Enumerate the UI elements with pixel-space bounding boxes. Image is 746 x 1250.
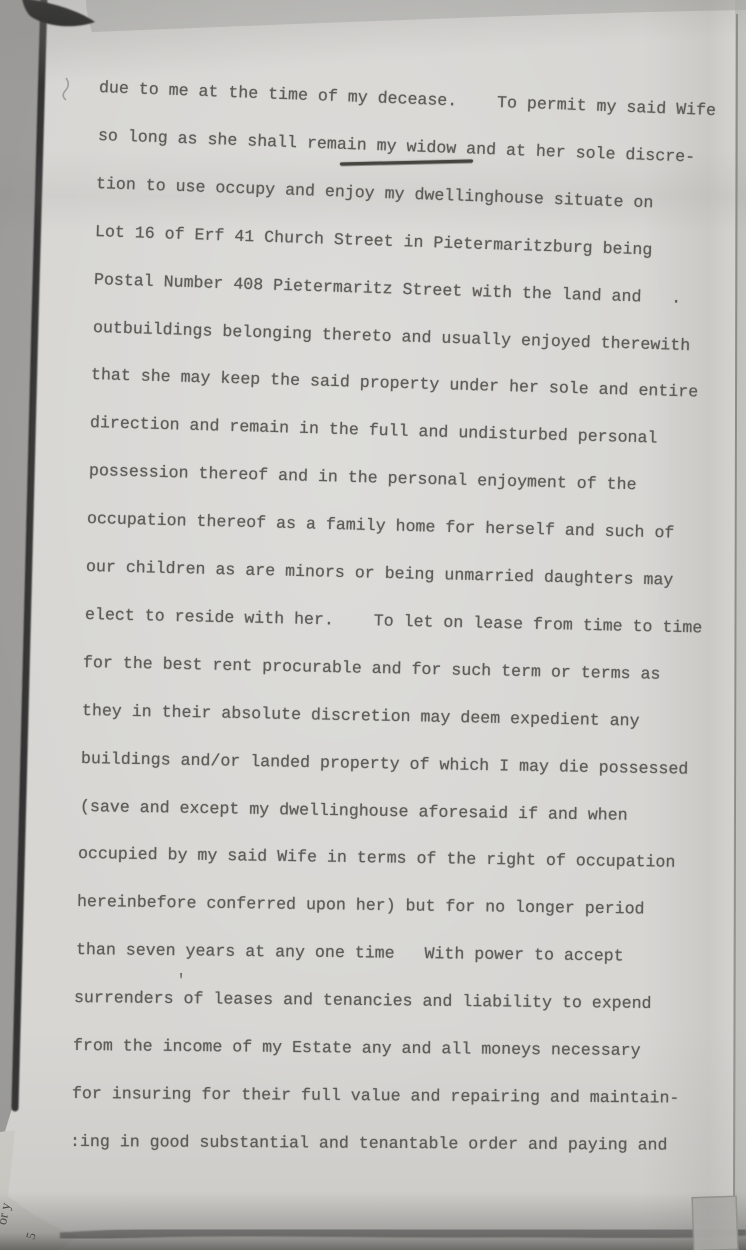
typed-line: elect to reside with her. To let on leas… <box>84 605 702 638</box>
typed-line: hereinbefore conferred upon her) but for… <box>77 892 645 919</box>
typed-line: occupation thereof as a family home for … <box>87 509 675 543</box>
typed-line: (save and except my dwellinghouse afores… <box>79 797 627 826</box>
typed-line: buildings and/or landed property of whic… <box>81 749 689 780</box>
typed-line: that she may keep the said property unde… <box>91 365 699 403</box>
typed-line: Lot 16 of Erf 41 Church Street in Pieter… <box>95 222 653 261</box>
typed-line: surrenders of leases and tenancies and l… <box>74 988 652 1014</box>
typed-line: our children as are minors or being unma… <box>86 557 674 591</box>
typed-line: than seven years at any one time With po… <box>75 940 623 966</box>
typed-line: :ing in good substantial and tenantable … <box>70 1132 668 1156</box>
typed-line: from the income of my Estate any and all… <box>73 1036 641 1061</box>
scanned-document-page: due to me at the time of my decease. To … <box>0 0 746 1250</box>
typed-line: they in their absolute discretion may de… <box>82 701 640 732</box>
stray-mark: ' <box>176 972 186 991</box>
typed-line: direction and remain in the full and und… <box>90 413 658 449</box>
typed-line: outbuildings belonging thereto and usual… <box>92 318 690 356</box>
typed-line: for the best rent procurable and for suc… <box>83 653 661 685</box>
typed-line: for insuring for their full value and re… <box>72 1084 680 1109</box>
typed-line: occupied by my said Wife in terms of the… <box>78 844 676 873</box>
typed-line: Postal Number 408 Pietermaritz Street wi… <box>93 270 681 309</box>
typed-line: due to me at the time of my decease. To … <box>99 78 717 121</box>
typed-line: possession thereof and in the personal e… <box>88 461 636 495</box>
typed-line: tion to use occupy and enjoy my dwelling… <box>96 174 654 213</box>
typed-text-block: due to me at the time of my decease. To … <box>0 0 746 1250</box>
